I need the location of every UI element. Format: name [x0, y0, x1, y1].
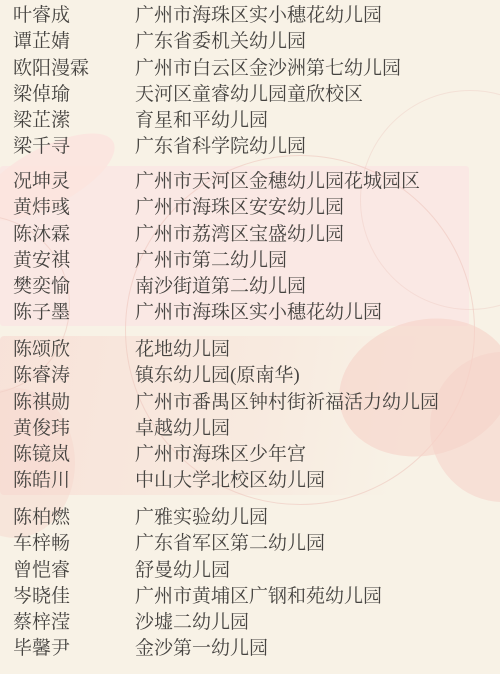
table-row: 曾恺睿 舒曼幼儿园	[13, 558, 500, 584]
school-name: 广州市海珠区实小穗花幼儿园	[135, 3, 500, 29]
person-name: 樊奕愉	[13, 274, 135, 300]
table-row: 陈皓川 中山大学北校区幼儿园	[13, 468, 500, 494]
person-name: 黄俊玮	[13, 416, 135, 442]
table-row: 陈沐霖 广州市荔湾区宝盛幼儿园	[13, 222, 500, 248]
table-row: 岑晓佳 广州市黄埔区广钢和苑幼儿园	[13, 584, 500, 610]
person-name: 陈沐霖	[13, 222, 135, 248]
person-name: 梁千寻	[13, 134, 135, 160]
table-row: 梁倬瑜 天河区童睿幼儿园童欣校区	[13, 82, 500, 108]
table-row: 蔡梓滢 沙墟二幼儿园	[13, 610, 500, 636]
school-name: 广东省军区第二幼儿园	[135, 531, 500, 557]
school-name: 金沙第一幼儿园	[135, 636, 500, 662]
person-name: 叶睿成	[13, 3, 135, 29]
school-name: 南沙街道第二幼儿园	[135, 274, 500, 300]
table-row: 陈祺勋 广州市番禺区钟村街祈福活力幼儿园	[13, 390, 500, 416]
table-row: 谭芷婧 广东省委机关幼儿园	[13, 29, 500, 55]
table-row: 樊奕愉 南沙街道第二幼儿园	[13, 274, 500, 300]
person-name: 梁芷潆	[13, 108, 135, 134]
school-name: 中山大学北校区幼儿园	[135, 468, 500, 494]
award-name-list-page: 叶睿成 广州市海珠区实小穗花幼儿园 谭芷婧 广东省委机关幼儿园 欧阳漫霖 广州市…	[0, 0, 500, 674]
person-name: 陈子墨	[13, 300, 135, 326]
person-name: 黄炜彧	[13, 195, 135, 221]
table-row: 叶睿成 广州市海珠区实小穗花幼儿园	[13, 3, 500, 29]
person-name: 毕馨尹	[13, 636, 135, 662]
table-row: 梁芷潆 育星和平幼儿园	[13, 108, 500, 134]
person-name: 黄安祺	[13, 248, 135, 274]
table-row: 陈柏燃 广雅实验幼儿园	[13, 505, 500, 531]
school-name: 广州市番禺区钟村街祈福活力幼儿园	[135, 390, 500, 416]
person-name: 欧阳漫霖	[13, 56, 135, 82]
school-name: 广州市黄埔区广钢和苑幼儿园	[135, 584, 500, 610]
school-name: 卓越幼儿园	[135, 416, 500, 442]
person-name: 岑晓佳	[13, 584, 135, 610]
person-name: 谭芷婧	[13, 29, 135, 55]
school-name: 镇东幼儿园(原南华)	[135, 363, 500, 389]
person-name: 梁倬瑜	[13, 82, 135, 108]
table-row: 黄安祺 广州市第二幼儿园	[13, 248, 500, 274]
table-row: 黄俊玮 卓越幼儿园	[13, 416, 500, 442]
school-name: 舒曼幼儿园	[135, 558, 500, 584]
person-name: 车梓畅	[13, 531, 135, 557]
school-name: 天河区童睿幼儿园童欣校区	[135, 82, 500, 108]
name-group-2: 况坤灵 广州市天河区金穗幼儿园花城园区 黄炜彧 广州市海珠区安安幼儿园 陈沐霖 …	[13, 169, 500, 327]
person-name: 蔡梓滢	[13, 610, 135, 636]
table-row: 陈镜岚 广州市海珠区少年宫	[13, 442, 500, 468]
name-group-1: 叶睿成 广州市海珠区实小穗花幼儿园 谭芷婧 广东省委机关幼儿园 欧阳漫霖 广州市…	[13, 3, 500, 161]
person-name: 曾恺睿	[13, 558, 135, 584]
person-name: 陈柏燃	[13, 505, 135, 531]
school-name: 广州市第二幼儿园	[135, 248, 500, 274]
school-name: 广州市荔湾区宝盛幼儿园	[135, 222, 500, 248]
person-name: 况坤灵	[13, 169, 135, 195]
school-name: 广东省科学院幼儿园	[135, 134, 500, 160]
school-name: 广州市天河区金穗幼儿园花城园区	[135, 169, 500, 195]
name-group-4: 陈柏燃 广雅实验幼儿园 车梓畅 广东省军区第二幼儿园 曾恺睿 舒曼幼儿园 岑晓佳…	[13, 505, 500, 663]
school-name: 育星和平幼儿园	[135, 108, 500, 134]
school-name: 广东省委机关幼儿园	[135, 29, 500, 55]
table-row: 陈睿涛 镇东幼儿园(原南华)	[13, 363, 500, 389]
table-row: 车梓畅 广东省军区第二幼儿园	[13, 531, 500, 557]
person-name: 陈皓川	[13, 468, 135, 494]
person-name: 陈颂欣	[13, 337, 135, 363]
table-row: 欧阳漫霖 广州市白云区金沙洲第七幼儿园	[13, 56, 500, 82]
school-name: 花地幼儿园	[135, 337, 500, 363]
person-name: 陈祺勋	[13, 390, 135, 416]
table-row: 毕馨尹 金沙第一幼儿园	[13, 636, 500, 662]
school-name: 沙墟二幼儿园	[135, 610, 500, 636]
table-row: 陈子墨 广州市海珠区实小穗花幼儿园	[13, 300, 500, 326]
person-name: 陈睿涛	[13, 363, 135, 389]
school-name: 广州市白云区金沙洲第七幼儿园	[135, 56, 500, 82]
school-name: 广州市海珠区安安幼儿园	[135, 195, 500, 221]
name-group-3: 陈颂欣 花地幼儿园 陈睿涛 镇东幼儿园(原南华) 陈祺勋 广州市番禺区钟村街祈福…	[13, 337, 500, 495]
table-row: 黄炜彧 广州市海珠区安安幼儿园	[13, 195, 500, 221]
school-name: 广州市海珠区实小穗花幼儿园	[135, 300, 500, 326]
table-row: 梁千寻 广东省科学院幼儿园	[13, 134, 500, 160]
table-row: 况坤灵 广州市天河区金穗幼儿园花城园区	[13, 169, 500, 195]
person-name: 陈镜岚	[13, 442, 135, 468]
table-row: 陈颂欣 花地幼儿园	[13, 337, 500, 363]
school-name: 广雅实验幼儿园	[135, 505, 500, 531]
school-name: 广州市海珠区少年宫	[135, 442, 500, 468]
